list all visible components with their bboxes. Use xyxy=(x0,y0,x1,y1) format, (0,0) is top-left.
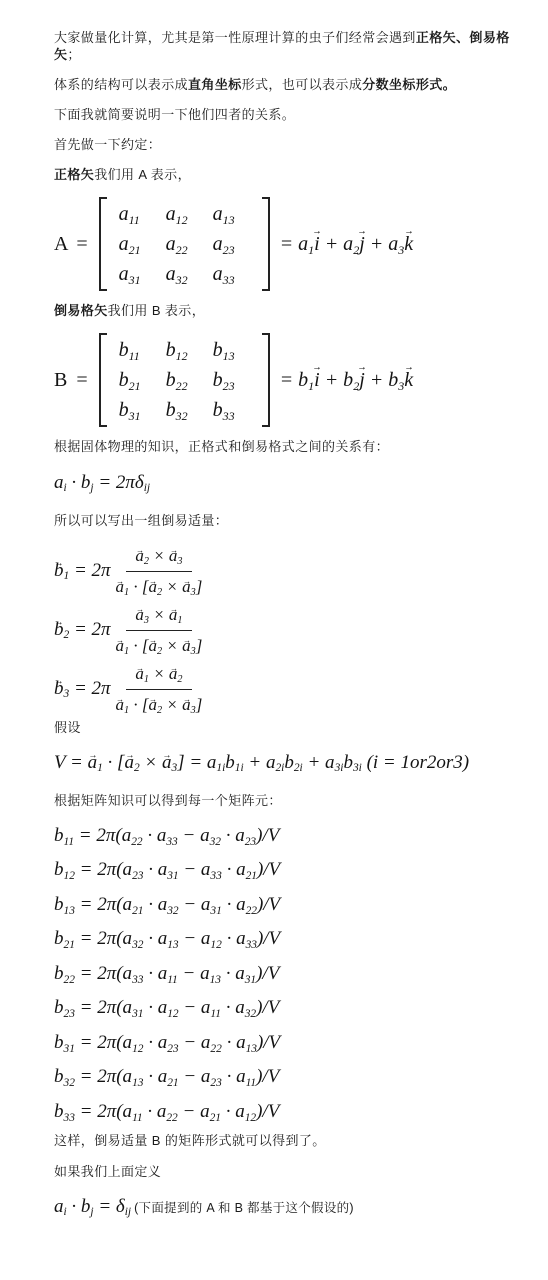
subscript: 21 xyxy=(210,1112,221,1124)
subscript: 11 xyxy=(129,213,140,227)
subscript: 22 xyxy=(64,974,75,986)
matrix-cell: a33 xyxy=(213,262,260,286)
equation: b31 = 2π(a12 · a23 − a22 · a13)/V xyxy=(54,1030,518,1055)
fraction: a2 × a3a1 · [a2 × a3] xyxy=(116,543,203,598)
body-text: ； xyxy=(67,47,80,62)
subscript: ij xyxy=(125,1206,131,1218)
right-bracket xyxy=(262,197,270,291)
matrix-cell: b33 xyxy=(213,398,260,422)
subscript: 23 xyxy=(223,243,235,257)
equation: b13 = 2π(a21 · a32 − a31 · a22)/V xyxy=(54,892,518,917)
vector-symbol: b xyxy=(54,617,64,642)
body-text: 根据固体物理的知识，正格式和倒易格式之间的关系有： xyxy=(54,439,389,454)
subscript: 22 xyxy=(131,836,142,848)
subscript: 1 xyxy=(124,646,129,657)
subscript: 13 xyxy=(167,939,178,951)
paragraph: 如果我们上面定义 xyxy=(54,1164,518,1181)
equation-lhs: b3 = 2π xyxy=(54,676,111,701)
subscript: 31 xyxy=(132,1008,143,1020)
subscript: 32 xyxy=(64,1077,75,1089)
matrix-cell: b11 xyxy=(119,338,166,362)
body-text: 如果我们上面定义 xyxy=(54,1164,161,1179)
subscript: 33 xyxy=(64,1112,75,1124)
subscript: 21 xyxy=(132,905,143,917)
subscript: 13 xyxy=(223,213,235,227)
body-text: 我们用 A 表示， xyxy=(94,167,191,182)
subscript: 1 xyxy=(124,705,129,716)
subscript: 2i xyxy=(275,762,284,774)
subscript: 3 xyxy=(144,615,149,626)
subscript: 11 xyxy=(246,1077,257,1089)
subscript: j xyxy=(90,482,93,494)
subscript: 21 xyxy=(129,379,141,393)
matrix-cell: a13 xyxy=(213,202,260,226)
matrix-cell: a32 xyxy=(166,262,213,286)
paragraph: 正格矢我们用 A 表示， xyxy=(54,167,518,184)
subscript: 33 xyxy=(210,870,221,882)
subscript: 1 xyxy=(124,587,129,598)
vector-symbol: a xyxy=(182,635,191,657)
vector-symbol: b xyxy=(54,558,64,583)
matrix-cell: a23 xyxy=(213,232,260,256)
subscript: 11 xyxy=(210,1008,221,1020)
vector-symbol: a xyxy=(182,694,191,716)
equation-lhs: b1 = 2π xyxy=(54,558,111,583)
equation: V = a1 · [a2 × a3] = a1ib1i + a2ib2i + a… xyxy=(54,750,518,775)
matrix-cell: b22 xyxy=(166,368,213,392)
denominator: a1 · [a2 × a3] xyxy=(116,572,203,598)
matrix-cell: a12 xyxy=(166,202,213,226)
matrix-lhs: A = xyxy=(54,233,90,256)
right-bracket xyxy=(262,333,270,427)
subscript: 33 xyxy=(132,974,143,986)
subscript: 2 xyxy=(157,646,162,657)
subscript: 23 xyxy=(210,1077,221,1089)
equation: b22 = 2π(a33 · a11 − a13 · a31)/V xyxy=(54,961,518,986)
paragraph: 体系的结构可以表示成直角坐标形式，也可以表示成分数坐标形式。 xyxy=(54,77,518,94)
vector-symbol: j xyxy=(359,369,365,392)
subscript: 21 xyxy=(129,243,141,257)
subscript: 21 xyxy=(64,939,75,951)
matrix-cell: b31 xyxy=(119,398,166,422)
subscript: 1 xyxy=(97,762,103,774)
body-text: 首先做一下约定： xyxy=(54,137,161,152)
equation: ai · bj = 2πδij xyxy=(54,470,518,495)
subscript: 22 xyxy=(246,905,257,917)
subscript: 32 xyxy=(210,836,221,848)
matrix-grid: b11b12b13b21b22b23b31b32b33 xyxy=(111,333,260,427)
subscript: 3 xyxy=(191,646,196,657)
paragraph: 根据固体物理的知识，正格式和倒易格式之间的关系有： xyxy=(54,439,518,456)
vector-symbol: a xyxy=(149,635,158,657)
paragraph: 假设 xyxy=(54,720,518,737)
subscript: 11 xyxy=(167,974,178,986)
denominator: a1 · [a2 × a3] xyxy=(116,690,203,716)
subscript: 22 xyxy=(166,1112,177,1124)
subscript: 2 xyxy=(157,587,162,598)
subscript: 12 xyxy=(176,349,188,363)
matrix-grid: a11a12a13a21a22a23a31a32a33 xyxy=(111,197,260,291)
matrix-cell: a11 xyxy=(119,202,166,226)
bold-text: 分数坐标形式。 xyxy=(362,77,456,92)
subscript: 13 xyxy=(210,974,221,986)
equation: ai · bj = δij(下面提到的 A 和 B 都基于这个假设的) xyxy=(54,1194,518,1221)
matrix-lhs: B = xyxy=(54,369,90,392)
fraction: a1 × a2a1 · [a2 × a3] xyxy=(116,661,203,716)
equation: b21 = 2π(a32 · a13 − a12 · a33)/V xyxy=(54,926,518,951)
equation: b12 = 2π(a23 · a31 − a33 · a21)/V xyxy=(54,857,518,882)
numerator: a2 × a3 xyxy=(126,543,191,572)
subscript: 31 xyxy=(210,905,221,917)
subscript: 2 xyxy=(157,705,162,716)
fraction-equation: b3 = 2πa1 × a2a1 · [a2 × a3] xyxy=(54,661,518,716)
subscript: 1i xyxy=(216,762,225,774)
subscript: 32 xyxy=(176,409,188,423)
subscript: 21 xyxy=(167,1077,178,1089)
body-text: 体系的结构可以表示成 xyxy=(54,77,188,92)
subscript: 21 xyxy=(246,870,257,882)
document-page: 大家做量化计算，尤其是第一性原理计算的虫子们经常会遇到正格矢、倒易格矢；体系的结… xyxy=(54,30,518,1221)
subscript: 31 xyxy=(64,1043,75,1055)
subscript: i xyxy=(64,1206,67,1218)
bold-text: 直角坐标 xyxy=(188,77,242,92)
subscript: 31 xyxy=(245,974,256,986)
vector-symbol: k xyxy=(404,233,413,256)
vector-symbol: a xyxy=(116,576,125,598)
subscript: 12 xyxy=(210,939,221,951)
numerator: a3 × a1 xyxy=(126,602,191,631)
paragraph: 这样，倒易适量 B 的矩阵形式就可以得到了。 xyxy=(54,1133,518,1150)
subscript: 13 xyxy=(246,1043,257,1055)
subscript: 3 xyxy=(171,762,177,774)
subscript: 2 xyxy=(144,556,149,567)
subscript: 3 xyxy=(177,556,182,567)
vector-symbol: a xyxy=(149,694,158,716)
vector-symbol: a xyxy=(116,694,125,716)
matrix-cell: b21 xyxy=(119,368,166,392)
matrix-cell: b23 xyxy=(213,368,260,392)
bold-text: 倒易格矢 xyxy=(54,303,108,318)
body-text: 下面我就简要说明一下他们四者的关系。 xyxy=(54,107,295,122)
subscript: 2 xyxy=(177,674,182,685)
subscript: 3 xyxy=(191,705,196,716)
fraction-equation: b1 = 2πa2 × a3a1 · [a2 × a3] xyxy=(54,543,518,598)
paragraph: 根据矩阵知识可以得到每一个矩阵元： xyxy=(54,793,518,810)
subscript: 11 xyxy=(132,1112,143,1124)
paragraph: 倒易格矢我们用 B 表示， xyxy=(54,303,518,320)
subscript: 23 xyxy=(132,870,143,882)
subscript: 11 xyxy=(129,349,140,363)
matrix-cell: b13 xyxy=(213,338,260,362)
subscript: 2i xyxy=(294,762,303,774)
subscript: 23 xyxy=(223,379,235,393)
subscript: 12 xyxy=(167,1008,178,1020)
subscript: 1 xyxy=(144,674,149,685)
subscript: 33 xyxy=(223,409,235,423)
matrix-cell: a22 xyxy=(166,232,213,256)
subscript: 3 xyxy=(64,688,70,700)
subscript: 22 xyxy=(210,1043,221,1055)
matrix-cell: b32 xyxy=(166,398,213,422)
vector-symbol: a xyxy=(182,576,191,598)
subscript: 32 xyxy=(176,273,188,287)
subscript: 32 xyxy=(245,1008,256,1020)
matrix-rhs: = b1i + b2j + b3k xyxy=(280,369,414,392)
subscript: 13 xyxy=(64,905,75,917)
subscript: 13 xyxy=(132,1077,143,1089)
subscript: 12 xyxy=(132,1043,143,1055)
subscript: 33 xyxy=(246,939,257,951)
subscript: 31 xyxy=(167,870,178,882)
numerator: a1 × a2 xyxy=(126,661,191,690)
denominator: a1 · [a2 × a3] xyxy=(116,631,203,657)
subscript: 31 xyxy=(129,409,141,423)
equation-note: (下面提到的 A 和 B 都基于这个假设的) xyxy=(134,1201,354,1215)
subscript: 32 xyxy=(167,905,178,917)
subscript: 23 xyxy=(167,1043,178,1055)
equation-lhs: b2 = 2π xyxy=(54,617,111,642)
subscript: 22 xyxy=(176,379,188,393)
body-text: 假设 xyxy=(54,720,81,735)
vector-symbol: a xyxy=(149,576,158,598)
vector-symbol: a xyxy=(135,604,144,626)
paragraph: 所以可以写出一组倒易适量： xyxy=(54,513,518,530)
subscript: 11 xyxy=(64,836,75,848)
body-text: 形式，也可以表示成 xyxy=(242,77,363,92)
subscript: ij xyxy=(144,482,150,494)
subscript: 1 xyxy=(64,570,70,582)
subscript: 33 xyxy=(223,273,235,287)
subscript: 1 xyxy=(177,615,182,626)
subscript: i xyxy=(64,482,67,494)
paragraph: 首先做一下约定： xyxy=(54,137,518,154)
subscript: 3i xyxy=(353,762,362,774)
matrix-rhs: = a1i + a2j + a3k xyxy=(280,233,414,256)
subscript: 1i xyxy=(235,762,244,774)
matrix-cell: a31 xyxy=(119,262,166,286)
vector-symbol: a xyxy=(116,635,125,657)
vector-symbol: j xyxy=(359,233,365,256)
subscript: 12 xyxy=(64,870,75,882)
body-text: 大家做量化计算，尤其是第一性原理计算的虫子们经常会遇到 xyxy=(54,30,416,45)
matrix-equation: A =a11a12a13a21a22a23a31a32a33= a1i + a2… xyxy=(54,197,518,291)
vector-symbol: a xyxy=(135,663,144,685)
subscript: 13 xyxy=(223,349,235,363)
vector-symbol: i xyxy=(314,369,320,392)
subscript: 3i xyxy=(335,762,344,774)
subscript: 12 xyxy=(245,1112,256,1124)
subscript: 2 xyxy=(134,762,140,774)
subscript: 23 xyxy=(64,1008,75,1020)
body-text: 这样，倒易适量 B 的矩阵形式就可以得到了。 xyxy=(54,1133,326,1148)
subscript: 32 xyxy=(132,939,143,951)
fraction-equation: b2 = 2πa3 × a1a1 · [a2 × a3] xyxy=(54,602,518,657)
subscript: 33 xyxy=(166,836,177,848)
vector-symbol: k xyxy=(404,369,413,392)
body-text: 根据矩阵知识可以得到每一个矩阵元： xyxy=(54,793,282,808)
subscript: 2 xyxy=(64,629,70,641)
subscript: 22 xyxy=(176,243,188,257)
vector-symbol: a xyxy=(124,750,134,775)
subscript: 12 xyxy=(176,213,188,227)
subscript: j xyxy=(90,1206,93,1218)
equation: b11 = 2π(a22 · a33 − a32 · a23)/V xyxy=(54,823,518,848)
fraction: a3 × a1a1 · [a2 × a3] xyxy=(116,602,203,657)
matrix-cell: b12 xyxy=(166,338,213,362)
body-text: 所以可以写出一组倒易适量： xyxy=(54,513,228,528)
paragraph: 大家做量化计算，尤其是第一性原理计算的虫子们经常会遇到正格矢、倒易格矢； xyxy=(54,30,518,63)
subscript: 3 xyxy=(191,587,196,598)
matrix-equation: B =b11b12b13b21b22b23b31b32b33= b1i + b2… xyxy=(54,333,518,427)
bold-text: 正格矢 xyxy=(54,167,94,182)
equation: b32 = 2π(a13 · a21 − a23 · a11)/V xyxy=(54,1064,518,1089)
vector-symbol: a xyxy=(135,545,144,567)
body-text: 我们用 B 表示， xyxy=(108,303,206,318)
vector-symbol: i xyxy=(314,233,320,256)
equation: b33 = 2π(a11 · a22 − a21 · a12)/V xyxy=(54,1099,518,1124)
matrix-cell: a21 xyxy=(119,232,166,256)
left-bracket xyxy=(99,333,107,427)
vector-symbol: a xyxy=(88,750,98,775)
subscript: 31 xyxy=(129,273,141,287)
vector-symbol: b xyxy=(54,676,64,701)
left-bracket xyxy=(99,197,107,291)
equation: b23 = 2π(a31 · a12 − a11 · a32)/V xyxy=(54,995,518,1020)
subscript: 23 xyxy=(245,836,256,848)
paragraph: 下面我就简要说明一下他们四者的关系。 xyxy=(54,107,518,124)
